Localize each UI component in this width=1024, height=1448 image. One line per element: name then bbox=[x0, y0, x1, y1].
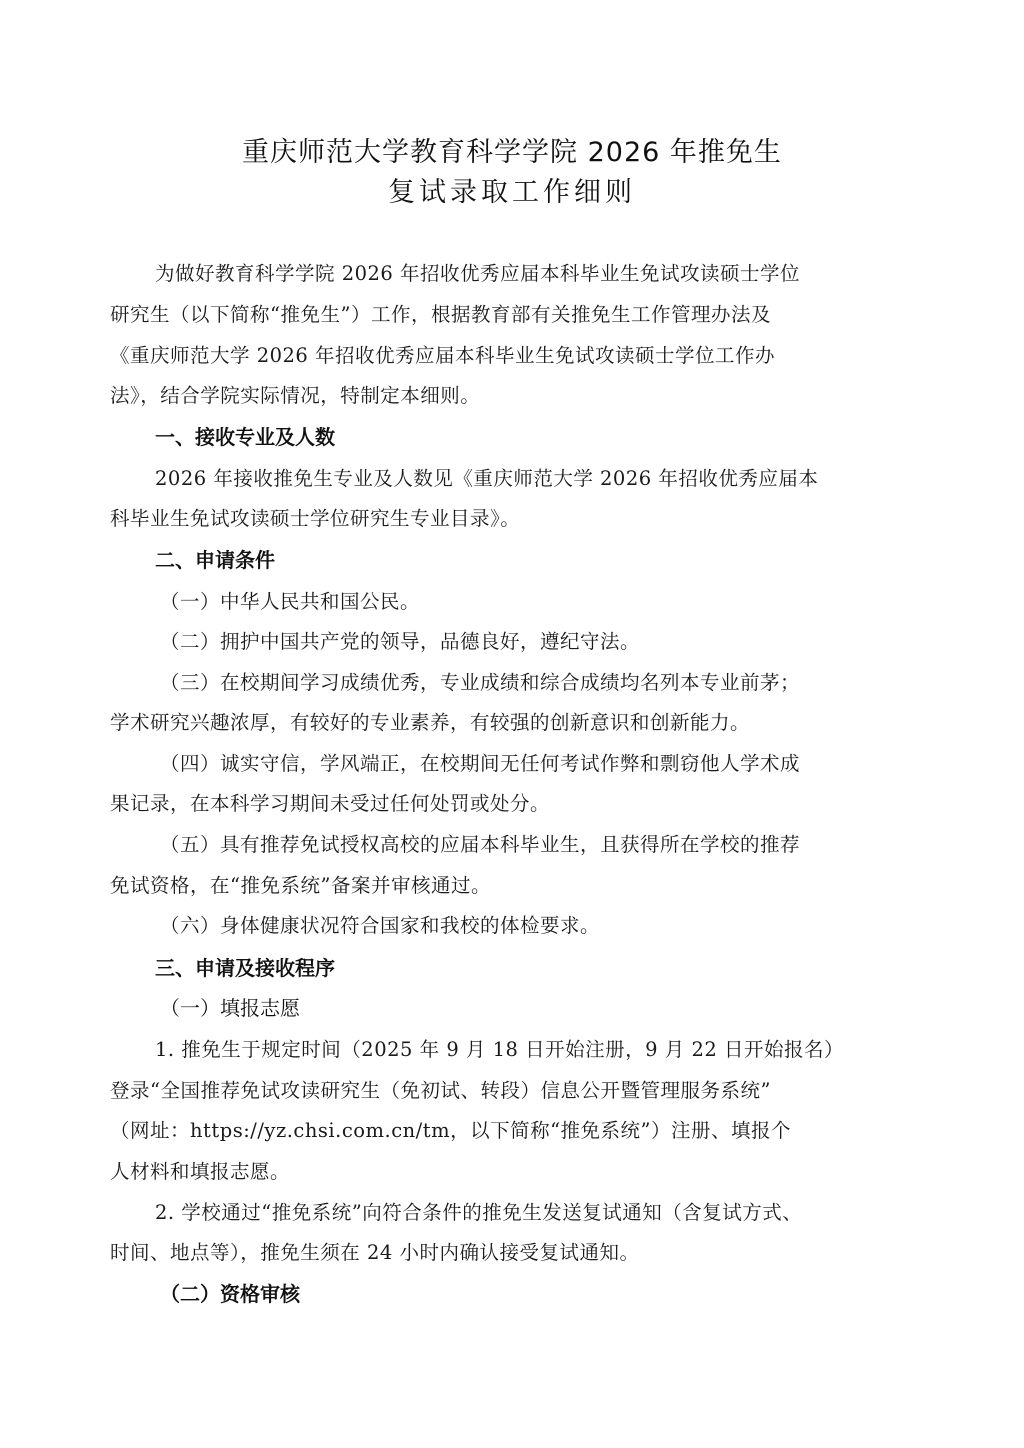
condition-item: （二）拥护中国共产党的领导，品德良好，遵纪守法。 bbox=[160, 626, 640, 654]
intro-line: 《重庆师范大学 2026 年招收优秀应届本科毕业生免试攻读硕士学位工作办 bbox=[110, 340, 775, 368]
section-heading-1: 一、接收专业及人数 bbox=[155, 421, 335, 450]
condition-item: （四）诚实守信，学风端正，在校期间无任何考试作弊和剽窃他人学术成 bbox=[160, 748, 800, 776]
section1-line: 2026 年接收推免生专业及人数见《重庆师范大学 2026 年招收优秀应届本 bbox=[155, 463, 818, 491]
procedure-line: 2. 学校通过“推免系统”向符合条件的推免生发送复试通知（含复试方式、 bbox=[155, 1197, 802, 1225]
condition-item: （一）中华人民共和国公民。 bbox=[160, 586, 420, 614]
condition-item-cont: 学术研究兴趣浓厚，有较好的专业素养，有较强的创新意识和创新能力。 bbox=[110, 707, 750, 735]
section-heading-3: 三、申请及接收程序 bbox=[155, 952, 335, 981]
document-title-line2: 复试录取工作细则 bbox=[0, 170, 1024, 209]
intro-line: 研究生（以下简称“推免生”）工作，根据教育部有关推免生工作管理办法及 bbox=[110, 299, 771, 327]
condition-item-cont: 免试资格，在“推免系统”备案并审核通过。 bbox=[110, 870, 491, 898]
condition-item-cont: 果记录，在本科学习期间未受过任何处罚或处分。 bbox=[110, 788, 550, 816]
intro-line: 为做好教育科学学院 2026 年招收优秀应届本科毕业生免试攻读硕士学位 bbox=[155, 258, 800, 286]
section-heading-2: 二、申请条件 bbox=[155, 544, 275, 573]
document-title-line1: 重庆师范大学教育科学学院 2026 年推免生 bbox=[0, 130, 1024, 169]
procedure-line: 人材料和填报志愿。 bbox=[110, 1156, 290, 1184]
procedure-line: 登录“全国推荐免试攻读研究生（免初试、转段）信息公开暨管理服务系统” bbox=[110, 1075, 771, 1103]
document-page: 重庆师范大学教育科学学院 2026 年推免生 复试录取工作细则 为做好教育科学学… bbox=[0, 0, 1024, 1448]
section1-line: 科毕业生免试攻读硕士学位研究生专业目录》。 bbox=[110, 503, 520, 531]
condition-item: （六）身体健康状况符合国家和我校的体检要求。 bbox=[160, 910, 600, 938]
procedure-line: 1. 推免生于规定时间（2025 年 9 月 18 日开始注册，9 月 22 日… bbox=[155, 1034, 844, 1062]
procedure-line: （网址：https://yz.chsi.com.cn/tm，以下简称“推免系统”… bbox=[110, 1115, 791, 1143]
procedure-line: 时间、地点等），推免生须在 24 小时内确认接受复试通知。 bbox=[110, 1237, 639, 1265]
subsection-heading-1: （一）填报志愿 bbox=[160, 992, 300, 1021]
subsection-heading-2: （二）资格审核 bbox=[160, 1278, 300, 1307]
condition-item: （五）具有推荐免试授权高校的应届本科毕业生，且获得所在学校的推荐 bbox=[160, 829, 800, 857]
condition-item: （三）在校期间学习成绩优秀，专业成绩和综合成绩均名列本专业前茅； bbox=[160, 667, 800, 695]
intro-line: 法》，结合学院实际情况，特制定本细则。 bbox=[110, 380, 480, 408]
